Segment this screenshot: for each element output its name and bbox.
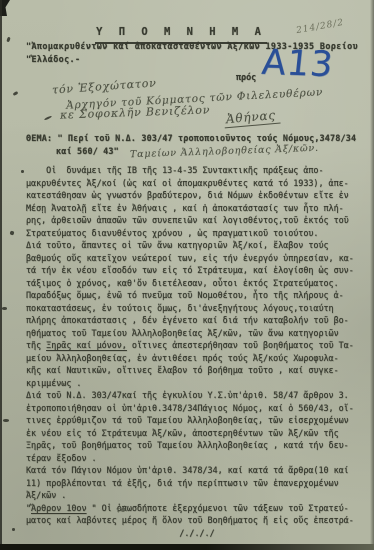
body-line: ηθήματος τοῦ Ταμείου Ἀλληλοβοηθείας Ἀξ/κ… bbox=[26, 327, 368, 340]
scanned-memorandum-page: 214/28/2 Υ Π Ο Μ Ν Η Μ Α "Ἀπομακρυθέντων… bbox=[0, 0, 374, 550]
scan-speck bbox=[12, 528, 15, 531]
handwritten-recipient-line-1: τόν Ἐξοχώτατον bbox=[52, 76, 157, 96]
handwritten-stamp-a13: Α13 bbox=[260, 43, 336, 85]
recipient-pros-label: πρός bbox=[236, 71, 256, 84]
body-line: Κατά τόν Πάγιον Νόμον ὑπ'ἀριθ. 3478/34, … bbox=[26, 464, 368, 477]
body-line: κῆς καί Ναυτικῶν, οἵτινες ἔλαβον τό βοήθ… bbox=[26, 364, 368, 377]
body-line: τά τήν ἐκ νέου εἴσοδόν των εἰς τό Στράτε… bbox=[26, 264, 368, 277]
document-title: Υ Π Ο Μ Ν Η Μ Α bbox=[96, 26, 266, 38]
body-line: βαθμούς οὕς κατεῖχον νεώτεροί των, εἰς τ… bbox=[26, 252, 368, 265]
body-line: κατεστάθησαν ὡς γνωστόν βραδύτερον, διά … bbox=[26, 189, 368, 202]
scan-speck bbox=[10, 231, 15, 236]
body-line: ἐκ νέου εἰς τό Στράτευμα Ἀξ/κῶν, ἀποστερ… bbox=[26, 427, 368, 440]
scan-speck bbox=[13, 91, 19, 96]
body-line: /./././ bbox=[26, 527, 368, 540]
body-line: μείου Ἀλληλοβοηθείας, ἐν ἀντιθέσει πρός … bbox=[26, 352, 368, 365]
body-line: "Ἄρθρον 10ον " Οἱ ὁπωσδήποτε ἐξερχόμενοι… bbox=[26, 502, 368, 515]
body-line: τινες ἐρρύθμιζον τά τοῦ Ταμείου Ἀλληλοβο… bbox=[26, 414, 368, 427]
scan-speck bbox=[2, 307, 7, 310]
handwritten-city: Ἀθήνας bbox=[223, 108, 280, 129]
scan-speck bbox=[6, 37, 11, 43]
scan-speck bbox=[44, 115, 52, 120]
body-line: Ξηρᾶς, τοῦ βοηθήματος τοῦ Ταμείου Ἀλληλο… bbox=[26, 439, 368, 452]
body-line: Μέσῃ Ἀνατολῇ εἴτε ἐν Ἀθήναις , καί ἡ ἀπο… bbox=[26, 202, 368, 215]
subject-line-2: καί 560/ 43" bbox=[56, 145, 119, 158]
handwritten-insertion: τό bbox=[116, 505, 127, 515]
archival-reference-number: 214/28/2 bbox=[295, 18, 344, 36]
body-line: πλήρης ἀποκατάστασις , δέν ἐγένετο καί δ… bbox=[26, 314, 368, 327]
body-line: τάξιμος ὁ χρόνος, καθ'ὅν διετέλεσαν, οὗτ… bbox=[26, 277, 368, 290]
body-line: ρης, ἀρθεισῶν ἁπασῶν τῶν συνεπειῶν καί λ… bbox=[26, 214, 368, 227]
body-line: ἐτροποποιήθησαν οἱ ὑπ'ἀριθ.3478/34Πάγιος… bbox=[26, 402, 368, 415]
body-line: Διά τοῦτο, ἅπαντες οἱ τῶν ἄνω κατηγοριῶν… bbox=[26, 239, 368, 252]
handwritten-subject-continuation: Ταμείων Ἀλληλοβοηθείας Ἀξ/κῶν. bbox=[130, 143, 319, 161]
body-line: μακρυθέντες Ἀξ/κοί (ὡς καί οἱ ἀπομακρυθέ… bbox=[26, 177, 368, 190]
body-line: Παραδόξως ὅμως, ἐνῶ τό πνεῦμα τοῦ Νομοθέ… bbox=[26, 289, 368, 302]
body-line: ποκαταστάσεως, ἐν τούτοις ὅμως, δι'ἀνεξη… bbox=[26, 302, 368, 315]
scan-artifact-right-edge bbox=[370, 0, 374, 550]
body-line: Ἀξ/κῶν . bbox=[26, 489, 368, 502]
scan-artifact-left-edge bbox=[0, 0, 2, 550]
body-line: τῆς Ξηρᾶς καί μόνον, οἵτινες ἀπεστερήθησ… bbox=[26, 339, 368, 352]
intro-line-2: "Ἑλλάδος.- bbox=[26, 53, 80, 66]
body-line: ματος καί λαβόντες μέρος ἤ ὅλον τοῦ Βοηθ… bbox=[26, 514, 368, 527]
body-line: Οἱ δυνάμει τῆς ΙΒ τῆς 13-4-35 Συντακτικῆ… bbox=[26, 164, 368, 177]
document-body: Οἱ δυνάμει τῆς ΙΒ τῆς 13-4-35 Συντακτικῆ… bbox=[26, 164, 368, 539]
body-line: 11) προβλέπονται τά ἑξῆς, διά τήν περίπτ… bbox=[26, 477, 368, 490]
scan-speck bbox=[3, 419, 9, 422]
body-line: Στρατεύματος διανυθέντος χρόνου , ὡς πρα… bbox=[26, 227, 368, 240]
scan-artifact-bottom-bar bbox=[0, 544, 374, 550]
body-line: Διά τοῦ Ν.Δ. 303/47καί τῆς ἐγκυλίου Υ.Σ.… bbox=[26, 389, 368, 402]
body-line: κριμμένως . bbox=[26, 377, 368, 390]
scan-speck bbox=[21, 170, 24, 173]
body-line: τέραν ἔξοδον . bbox=[26, 452, 368, 465]
